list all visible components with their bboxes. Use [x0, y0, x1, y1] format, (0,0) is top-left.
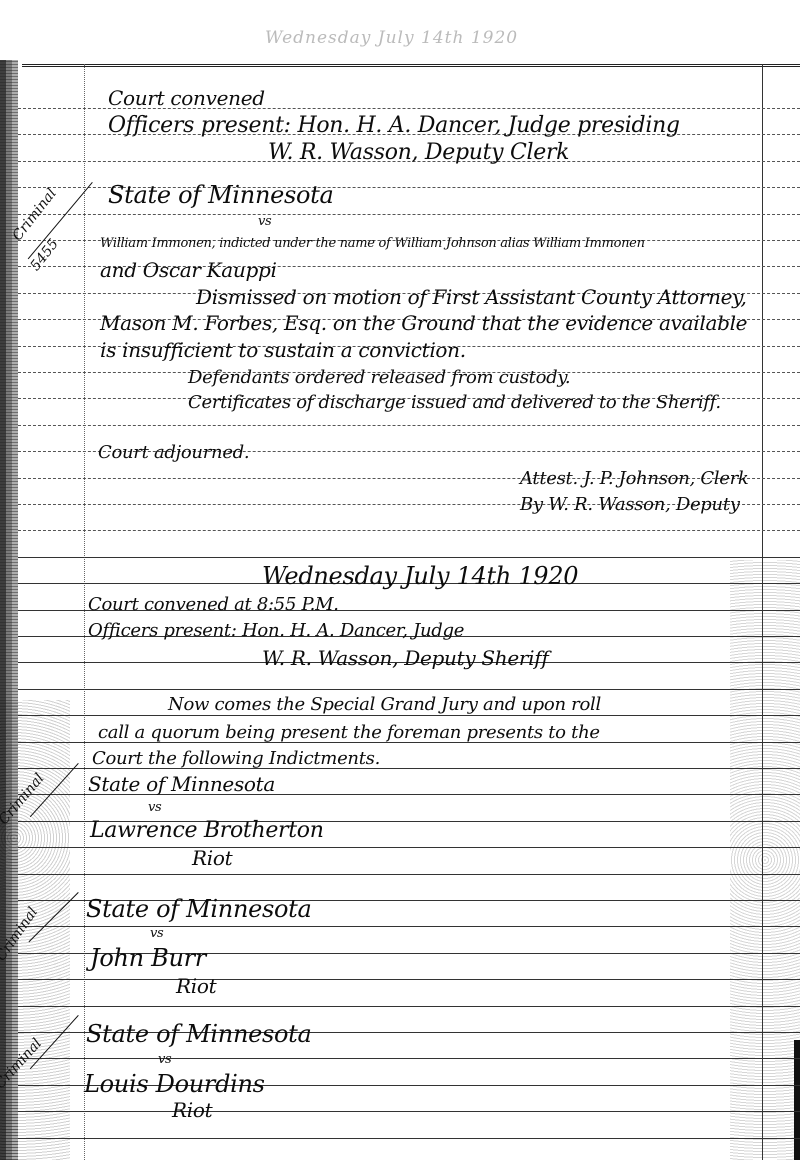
disposition-line-3: is insufficient to sustain a conviction. — [100, 338, 466, 362]
indictment-3-plaintiff: State of Minnesota — [86, 1020, 312, 1048]
indictment-1-plaintiff: State of Minnesota — [88, 772, 275, 796]
officers-present: Officers present: Hon. H. A. Dancer, Jud… — [108, 113, 680, 138]
indictment-1-defendant: Lawrence Brotherton — [90, 818, 324, 843]
indictment-3-versus: vs — [158, 1052, 171, 1067]
session-date: Wednesday July 14th 1920 — [262, 562, 578, 590]
officers-present-2: Officers present: Hon. H. A. Dancer, Jud… — [88, 620, 464, 641]
case-defendant-1: William Immonen, indicted under the name… — [100, 236, 645, 251]
officers-label-2: Officers present: — [88, 620, 237, 641]
ruled-line — [18, 1058, 800, 1059]
left-margin-line — [84, 64, 85, 1160]
ruled-line — [18, 1006, 800, 1007]
ledger-page: Wednesday July 14th 1920 Court convened … — [0, 0, 800, 1160]
scan-speckle-right — [730, 560, 800, 1160]
court-convened: Court convened — [108, 86, 265, 110]
judge-name: Hon. H. A. Dancer, Judge presiding — [297, 113, 679, 138]
case-versus: vs — [258, 214, 271, 229]
running-header: Wednesday July 14th 1920 — [265, 28, 518, 48]
header-rule — [22, 64, 800, 67]
deputy-clerk: W. R. Wasson, Deputy Clerk — [268, 140, 569, 165]
judge-name-2: Hon. H. A. Dancer, Judge — [242, 620, 464, 641]
indictment-1-versus: vs — [148, 800, 161, 815]
disposition-line-2: Mason M. Forbes, Esq. on the Ground that… — [100, 311, 747, 335]
grand-jury-paragraph-3: Court the following Indictments. — [92, 748, 380, 769]
ruled-line — [18, 847, 800, 848]
indictment-3-charge: Riot — [172, 1098, 212, 1122]
deputy-sheriff: W. R. Wasson, Deputy Sheriff — [262, 646, 548, 670]
indictment-2-plaintiff: State of Minnesota — [86, 895, 312, 923]
ruled-line — [18, 979, 800, 980]
ruled-line — [18, 715, 800, 716]
order-line-1: Defendants ordered released from custody… — [188, 367, 570, 388]
margin-case-number: 5455 — [27, 236, 62, 274]
ruled-line — [18, 926, 800, 927]
grand-jury-paragraph-2: call a quorum being present the foreman … — [98, 722, 600, 743]
indictment-1-charge: Riot — [192, 846, 232, 870]
court-adjourned: Court adjourned. — [98, 442, 249, 463]
indictment-3-defendant: Louis Dourdins — [84, 1070, 265, 1098]
ruled-line — [18, 214, 800, 215]
ruled-line — [18, 425, 800, 426]
right-margin-line — [762, 64, 763, 1160]
indictment-2-charge: Riot — [176, 974, 216, 998]
ruled-line — [18, 1138, 800, 1139]
ruled-line — [18, 530, 800, 531]
ruled-line — [18, 689, 800, 690]
grand-jury-paragraph-1: Now comes the Special Grand Jury and upo… — [168, 694, 601, 715]
ruled-line — [18, 557, 800, 558]
ruled-line — [18, 874, 800, 875]
order-line-2: Certificates of discharge issued and del… — [188, 392, 721, 413]
indictment-2-versus: vs — [150, 926, 163, 941]
disposition-line-1: Dismissed on motion of First Assistant C… — [196, 285, 747, 309]
court-convened-time: Court convened at 8:55 P.M. — [88, 594, 339, 615]
officers-label: Officers present: — [108, 113, 291, 138]
attest-line: Attest. J. P. Johnson, Clerk — [520, 468, 749, 489]
ruled-line — [18, 1111, 800, 1112]
indictment-2-defendant: John Burr — [90, 944, 206, 972]
attest-by-line: By W. R. Wasson, Deputy — [520, 494, 740, 515]
case-defendant-2: and Oscar Kauppi — [100, 258, 277, 282]
case-plaintiff: State of Minnesota — [108, 181, 334, 209]
